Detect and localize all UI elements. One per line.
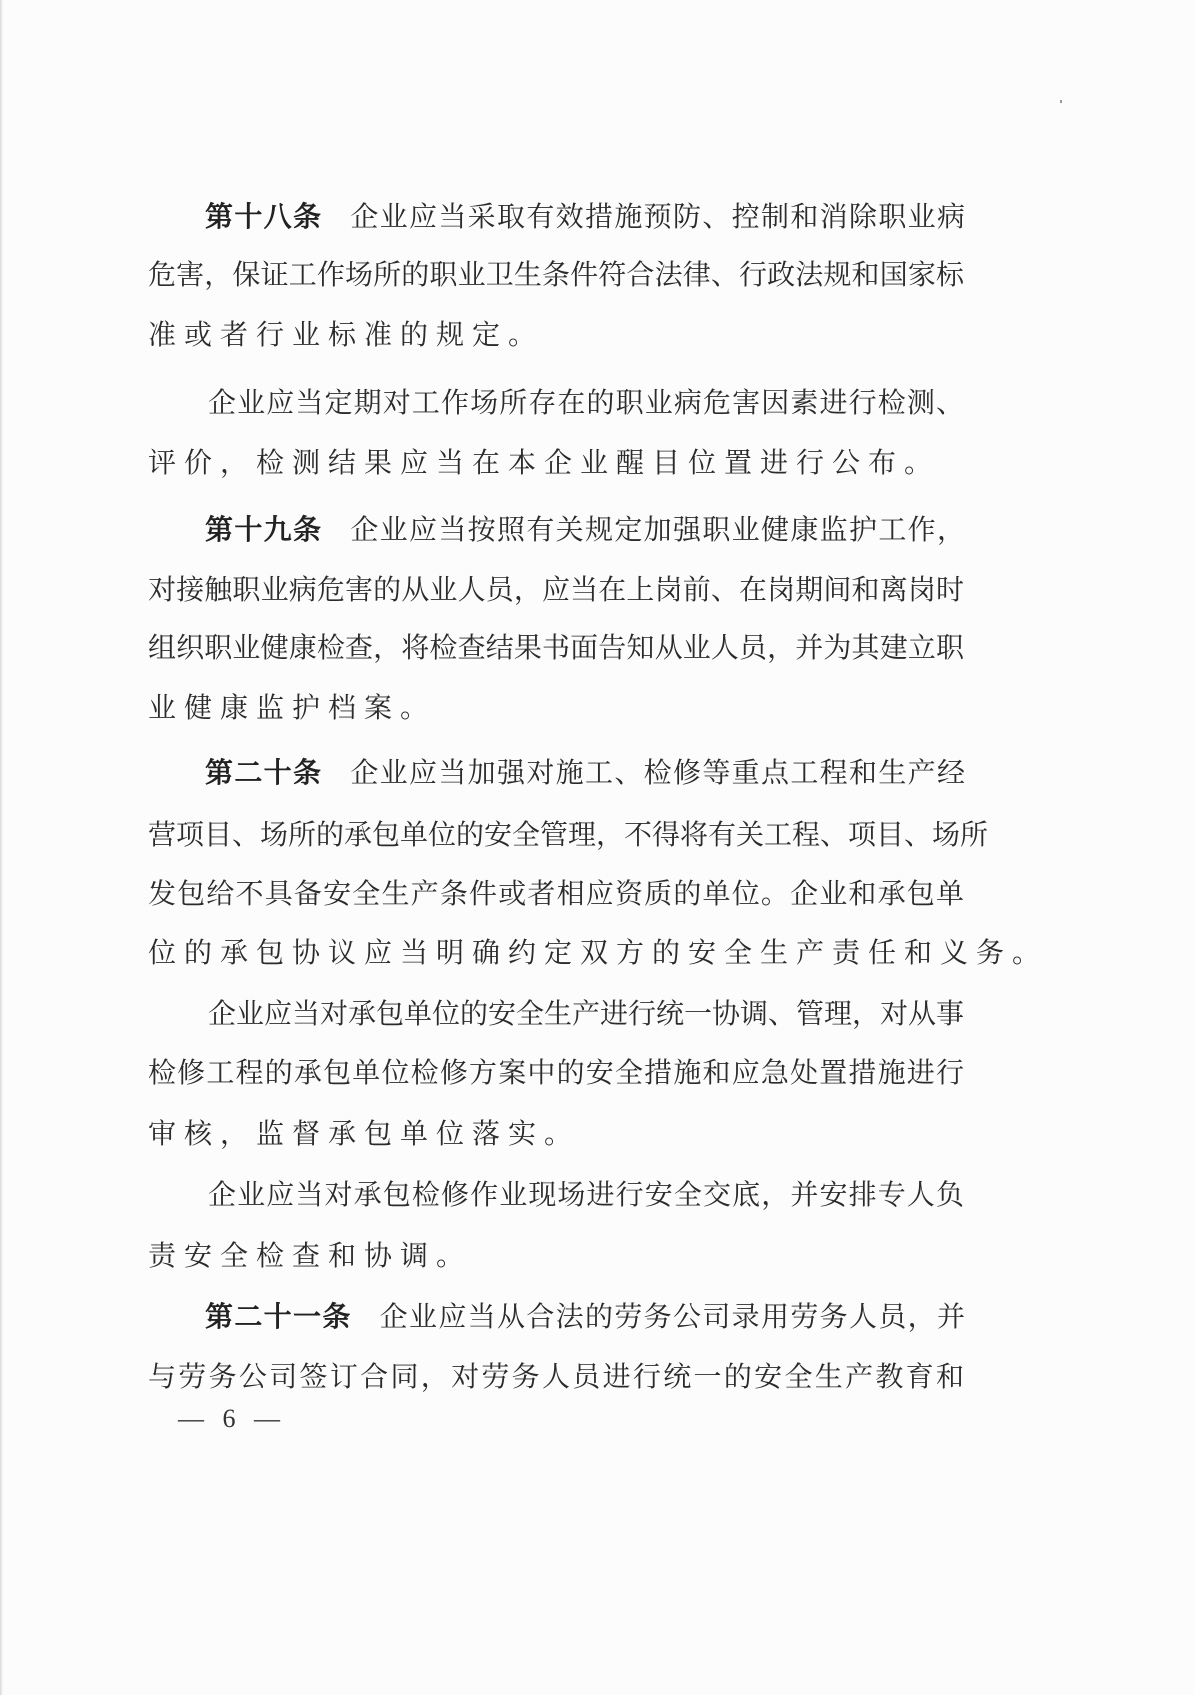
article-21-line-2: 与劳务公司签订合同，对劳务人员进行统一的安全生产教育和 — [148, 1357, 964, 1397]
article-20-para-3-line-1: 企业应当对承包检修作业现场进行安全交底，并安排专人负 — [208, 1175, 964, 1215]
article-18-text: 企业应当采取有效措施预防、控制和消除职业病 — [350, 200, 965, 233]
scan-speck — [1060, 100, 1062, 103]
scan-edge — [0, 0, 3, 1695]
article-20-para-2-line-2: 检修工程的承包单位检修方案中的安全措施和应急处置措施进行 — [148, 1053, 964, 1093]
article-20-text: 企业应当加强对施工、检修等重点工程和生产经 — [350, 756, 965, 789]
article-20-para-3-line-2: 责安全检查和协调。 — [148, 1236, 964, 1276]
article-20-label: 第二十条 — [205, 756, 322, 789]
article-20-para-2-line-1: 企业应当对承包单位的安全生产进行统一协调、管理，对从事 — [208, 994, 964, 1034]
article-19-line-2: 对接触职业病危害的从业人员，应当在上岗前、在岗期间和离岗时 — [148, 570, 964, 610]
article-18-line-2: 危害，保证工作场所的职业卫生条件符合法律、行政法规和国家标 — [148, 255, 964, 295]
article-19-line-1: 第十九条企业应当按照有关规定加强职业健康监护工作， — [205, 510, 965, 550]
article-21-text: 企业应当从合法的劳务公司录用劳务人员，并 — [380, 1300, 965, 1333]
page-number: — 6 — — [178, 1402, 286, 1436]
article-19-line-3: 组织职业健康检查，将检查结果书面告知从业人员，并为其建立职 — [148, 628, 964, 668]
document-page: 第十八条企业应当采取有效措施预防、控制和消除职业病 危害，保证工作场所的职业卫生… — [0, 0, 1194, 1695]
article-20-line-4: 位的承包协议应当明确约定双方的安全生产责任和义务。 — [148, 933, 964, 973]
article-20-para-2-line-3: 审核，监督承包单位落实。 — [148, 1114, 964, 1154]
article-20-line-1: 第二十条企业应当加强对施工、检修等重点工程和生产经 — [205, 753, 965, 793]
article-19-text: 企业应当按照有关规定加强职业健康监护工作， — [350, 513, 965, 546]
article-21-label: 第二十一条 — [205, 1300, 352, 1333]
article-18-line-1: 第十八条企业应当采取有效措施预防、控制和消除职业病 — [205, 197, 965, 237]
article-19-label: 第十九条 — [205, 513, 322, 546]
article-20-line-3: 发包给不具备安全生产条件或者相应资质的单位。企业和承包单 — [148, 874, 964, 914]
article-18-label: 第十八条 — [205, 200, 322, 233]
article-21-line-1: 第二十一条企业应当从合法的劳务公司录用劳务人员，并 — [205, 1297, 965, 1337]
article-19-line-4: 业健康监护档案。 — [148, 688, 964, 728]
article-18-para-2-line-1: 企业应当定期对工作场所存在的职业病危害因素进行检测、 — [208, 383, 964, 423]
article-20-line-2: 营项目、场所的承包单位的安全管理，不得将有关工程、项目、场所 — [148, 815, 964, 855]
article-18-line-3: 准或者行业标准的规定。 — [148, 315, 964, 355]
article-18-para-2-line-2: 评价，检测结果应当在本企业醒目位置进行公布。 — [148, 443, 964, 483]
